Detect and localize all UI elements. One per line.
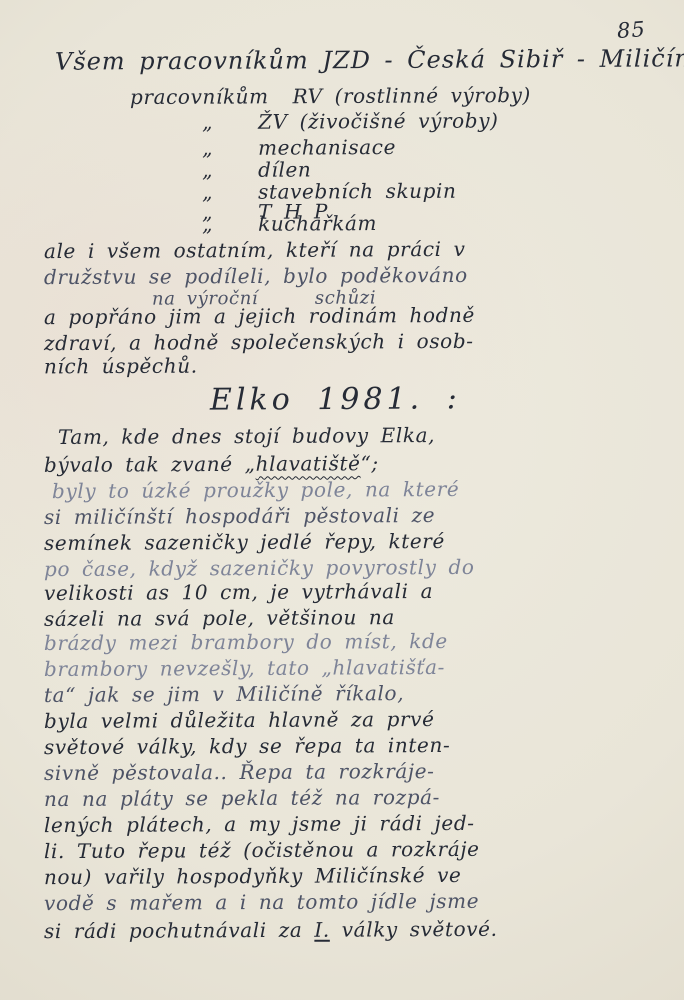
- ditto-mark: „: [202, 212, 213, 236]
- handwritten-line: Tam, kde dnes stojí budovy Elka,: [58, 423, 435, 449]
- line-text: dílen: [258, 157, 311, 181]
- handwritten-line: si rádi pochutnávali za I. války světové…: [44, 917, 498, 943]
- line-text: kuchařkám: [258, 211, 377, 236]
- handwritten-line: sázeli na svá pole, většinou na: [44, 605, 395, 631]
- handwritten-line: velikosti as 10 cm, je vytrhávali a: [44, 579, 433, 605]
- wavy-underlined-word: hlavatiště: [255, 451, 360, 476]
- handwritten-line: ta“ jak se jim v Miličíně říkalo,: [44, 681, 404, 707]
- handwritten-line: nou) vařily hospodyňky Miličínské ve: [44, 863, 462, 889]
- handwritten-line: po čase, když sazeničky povyrostly do: [44, 555, 475, 581]
- handwritten-line: li. Tuto řepu též (očistěnou a rozkráje: [44, 837, 480, 863]
- line-text: ŽV (živočišné výroby): [258, 108, 499, 133]
- handwritten-line: na na pláty se pekla též na rozpá-: [44, 785, 440, 811]
- ditto-mark: „: [202, 136, 213, 160]
- handwritten-line: a popřáno jim a jejich rodinám hodně: [44, 303, 475, 329]
- handwritten-line: Elko 1981. :: [210, 381, 461, 417]
- handwritten-line: zdraví, a hodně společenských i osob-: [44, 329, 474, 355]
- handwritten-line: ních úspěchů.: [44, 354, 198, 379]
- line-text: mechanisace: [258, 135, 396, 160]
- ditto-mark: „: [202, 158, 213, 182]
- handwritten-line: byly to úzké proužky pole, na které: [52, 477, 459, 503]
- handwritten-line: pracovníkům RV (rostlinné výroby): [130, 83, 531, 109]
- underlined-word: I.: [314, 918, 330, 942]
- handwritten-line: ale i všem ostatním, kteří na práci v: [44, 237, 466, 263]
- handwritten-line: lených plátech, a my jsme ji rádi jed-: [44, 811, 475, 837]
- handwritten-line: světové války, kdy se řepa ta inten-: [44, 733, 450, 759]
- handwritten-line: vodě s mařem a i na tomto jídle jsme: [44, 889, 479, 915]
- handwritten-line: brázdy mezi brambory do míst, kde: [44, 629, 448, 655]
- ditto-mark: „: [202, 110, 213, 134]
- manuscript-page: 85 Všem pracovníkům JZD - Česká Sibiř - …: [0, 0, 684, 1000]
- page-number: 85: [616, 17, 646, 43]
- handwritten-line: sivně pěstovala.. Řepa ta rozkráje-: [44, 759, 435, 785]
- handwritten-line: semínek sazeničky jedlé řepy, které: [44, 529, 445, 555]
- handwritten-line: byla velmi důležita hlavně za prvé: [44, 707, 435, 733]
- handwritten-line: brambory nevzešly, tato „hlavatišťa-: [44, 655, 445, 681]
- handwritten-line: si miličínští hospodáři pěstovali ze: [44, 503, 435, 529]
- handwritten-line: družstvu se podíleli, bylo poděkováno: [44, 263, 468, 289]
- handwritten-line: Všem pracovníkům JZD - Česká Sibiř - Mil…: [55, 44, 684, 75]
- handwritten-line: bývalo tak zvané „hlavatiště“;: [44, 451, 379, 477]
